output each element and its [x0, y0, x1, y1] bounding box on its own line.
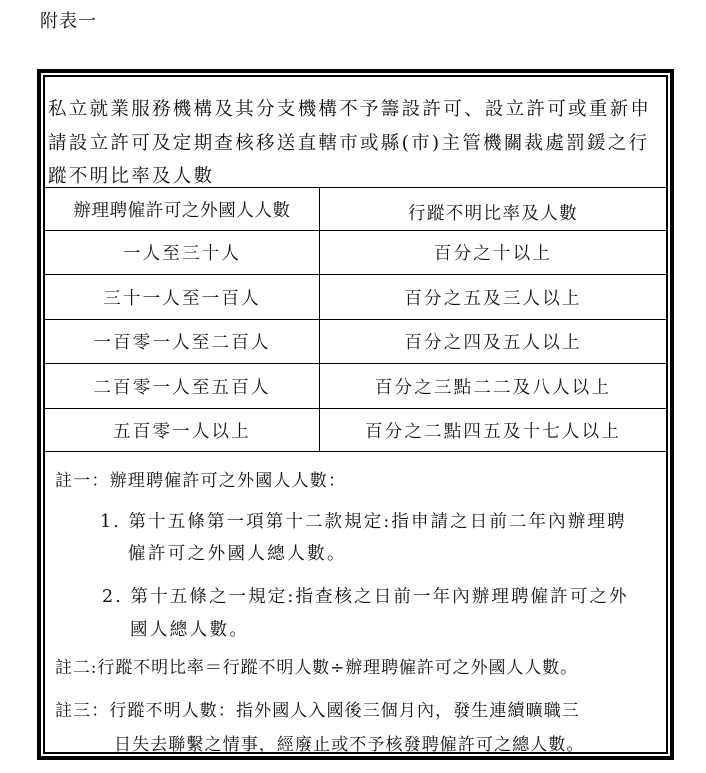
note-3-cont: 日失去聯繫之情事，經廢止或不予核發聘僱許可之總人數。	[114, 734, 585, 756]
row-divider	[45, 451, 666, 452]
table-cell-range: 三十一人至一百人	[45, 275, 319, 319]
note-1-item-2: 2. 第十五條之一規定:指查核之日前一年內辦理聘僱許可之外	[102, 586, 629, 608]
table-cell-threshold: 百分之三點二二及八人以上	[320, 364, 666, 408]
note-1-item-1: 1. 第十五條第一項第十二款規定:指申請之日前二年內辦理聘	[100, 511, 627, 533]
note-1-item-2-cont: 國人總人數。	[130, 619, 249, 641]
page-heading: 附表一	[40, 9, 97, 35]
column-header-missing-ratio: 行蹤不明比率及人數	[320, 191, 666, 233]
note-2: 註二:行蹤不明比率＝行蹤不明人數÷辦理聘僱許可之外國人人數。	[55, 657, 578, 679]
note-1-item-1-cont: 僱許可之外國人總人數。	[128, 543, 347, 565]
table-title-line: 請設立許可及定期查核移送直轄市或縣(市)主管機關裁處罰鍰之行	[48, 127, 666, 161]
note-3: 註三：行蹤不明人數：指外國人入國後三個月內，發生連續曠職三	[55, 700, 580, 722]
table-cell-threshold: 百分之五及三人以上	[320, 275, 666, 319]
table-cell-range: 一百零一人至二百人	[45, 320, 319, 363]
column-header-foreign-workers: 辦理聘僱許可之外國人人數	[45, 188, 319, 230]
table-title-line: 私立就業服務機構及其分支機構不予籌設許可、設立許可或重新申	[48, 93, 666, 127]
table-cell-range: 五百零一人以上	[45, 409, 319, 451]
note-1-label: 註一：辦理聘僱許可之外國人人數：	[55, 470, 346, 492]
penalty-table: 私立就業服務機構及其分支機構不予籌設許可、設立許可或重新申 請設立許可及定期查核…	[43, 75, 668, 754]
table-cell-range: 二百零一人至五百人	[45, 364, 319, 408]
table-cell-threshold: 百分之十以上	[320, 231, 666, 274]
table-cell-threshold: 百分之二點四五及十七人以上	[320, 409, 666, 451]
table-cell-range: 一人至三十人	[45, 231, 319, 274]
table-title: 私立就業服務機構及其分支機構不予籌設許可、設立許可或重新申 請設立許可及定期查核…	[48, 93, 666, 194]
table-cell-threshold: 百分之四及五人以上	[320, 320, 666, 363]
